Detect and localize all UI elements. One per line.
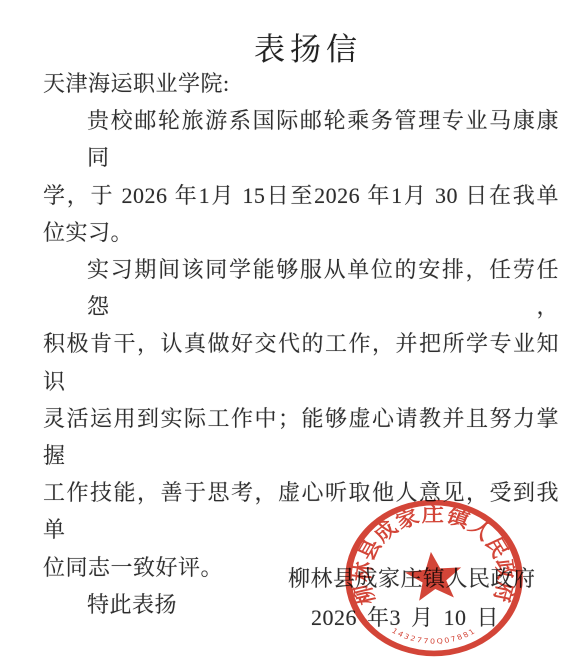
- letter-document: 表扬信 天津海运职业学院: 贵校邮轮旅游系国际邮轮乘务管理专业马康康同 学，于 …: [0, 0, 586, 665]
- body-line: 贵校邮轮旅游系国际邮轮乘务管理专业马康康同: [43, 102, 559, 176]
- official-seal: 柳林县成家庄镇人民政府 1432770Q07881: [341, 496, 527, 660]
- seal-serial-holder: 1432770Q07881: [390, 626, 478, 645]
- salutation: 天津海运职业学院:: [43, 65, 559, 102]
- body-line: 灵活运用到实际工作中；能够虚心请教并且努力掌握: [43, 400, 559, 474]
- body-line: 实习期间该同学能够服从单位的安排，任劳任怨，: [43, 251, 559, 325]
- seal-arc-text: 柳林县成家庄镇人民政府: [348, 503, 520, 608]
- letter-title: 表扬信: [0, 24, 586, 69]
- seal-graphic: 柳林县成家庄镇人民政府 1432770Q07881: [341, 496, 527, 660]
- seal-serial-number: 1432770Q07881: [390, 626, 478, 645]
- seal-arc-text-holder: 柳林县成家庄镇人民政府: [348, 503, 520, 608]
- body-line: 积极肯干，认真做好交代的工作，并把所学专业知识: [43, 325, 559, 399]
- star-icon: [403, 549, 465, 601]
- body-line: 学，于 2026 年1月 15日至2026 年1月 30 日在我单: [43, 177, 559, 214]
- body-line: 位实习。: [43, 214, 559, 251]
